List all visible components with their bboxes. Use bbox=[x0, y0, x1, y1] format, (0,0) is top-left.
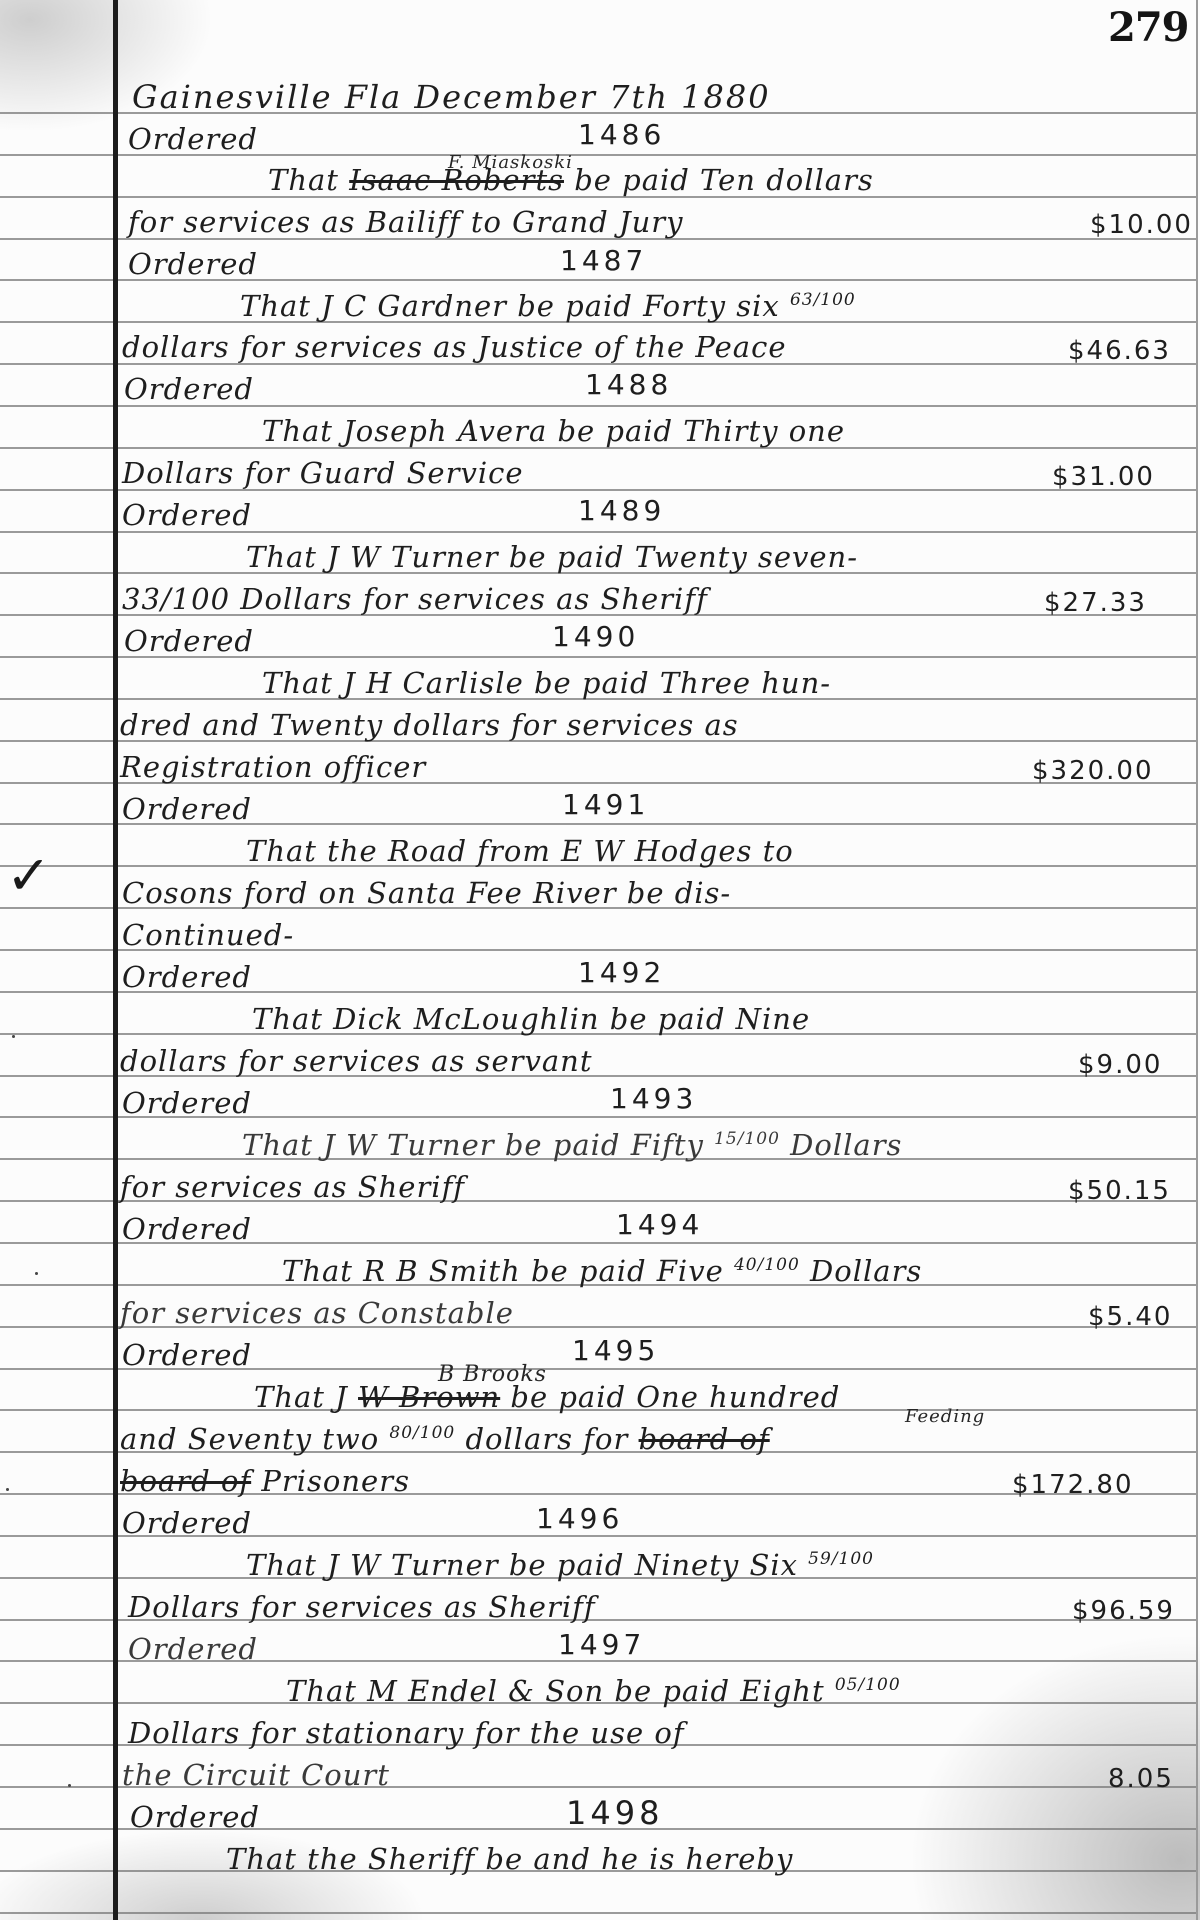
entry-text-line: That R B Smith be paid Five 40/100 Dolla… bbox=[282, 1254, 922, 1288]
entry-text-line: board of Prisoners bbox=[120, 1464, 410, 1498]
ink-speck bbox=[35, 1272, 38, 1275]
entry-text-line: That the Sheriff be and he is hereby bbox=[226, 1842, 793, 1876]
page-number: 279 bbox=[1108, 4, 1189, 51]
entry-amount: $96.59 bbox=[1072, 1594, 1175, 1628]
entry-text-line: That Dick McLoughlin be paid Nine bbox=[252, 1002, 810, 1036]
struck-text: board of bbox=[639, 1422, 770, 1456]
entry-amount: $9.00 bbox=[1078, 1048, 1162, 1082]
entry-number: 1492 bbox=[578, 956, 665, 990]
entry-number: 1491 bbox=[562, 788, 649, 822]
entry-amount: $46.63 bbox=[1068, 334, 1171, 368]
entry-text-line: That M Endel & Son be paid Eight 05/100 bbox=[286, 1674, 901, 1708]
ledger-page: 279 ✓ Gainesville Fla December 7th 1880 … bbox=[0, 0, 1200, 1920]
entry-text-line: dollars for services as servant bbox=[120, 1044, 592, 1078]
entry-text-line: for services as Sheriff bbox=[120, 1170, 465, 1204]
entry-text-line: Dollars for Guard Service bbox=[122, 456, 524, 490]
entry-text-line: Dollars for stationary for the use of bbox=[128, 1716, 685, 1750]
entry-number: 1493 bbox=[610, 1082, 697, 1116]
entry-number: 1495 bbox=[572, 1334, 659, 1368]
entry-label: Ordered bbox=[130, 1800, 260, 1834]
entry-text-line: the Circuit Court bbox=[122, 1758, 390, 1792]
entry-amount: $50.15 bbox=[1068, 1174, 1171, 1208]
entry-label: Ordered bbox=[128, 122, 258, 156]
struck-text: board of bbox=[120, 1464, 251, 1498]
entry-number: 1494 bbox=[616, 1208, 703, 1242]
interlined-correction: Feeding bbox=[905, 1400, 985, 1434]
entry-label: Ordered bbox=[122, 1212, 252, 1246]
entry-label: Ordered bbox=[122, 1338, 252, 1372]
entry-text-line: That J W Turner be paid Ninety Six 59/10… bbox=[246, 1548, 874, 1582]
entry-number: 1496 bbox=[536, 1502, 623, 1536]
entry-text-line: That J W Brown be paid One hundred bbox=[254, 1380, 840, 1414]
right-page-edge bbox=[1196, 0, 1198, 1920]
left-margin-rule bbox=[113, 0, 118, 1920]
entry-number: 1488 bbox=[585, 368, 672, 402]
entry-text-line: Registration officer bbox=[120, 750, 426, 784]
entry-amount: $10.00 bbox=[1090, 208, 1193, 242]
entry-amount: $5.40 bbox=[1088, 1300, 1172, 1334]
entry-number: 1487 bbox=[560, 244, 647, 278]
ink-speck bbox=[6, 1488, 9, 1491]
date-heading: Gainesville Fla December 7th 1880 bbox=[132, 80, 771, 114]
entry-text-line: That J H Carlisle be paid Three hun- bbox=[262, 666, 831, 700]
entry-text-line: That Isaac Roberts be paid Ten dollars bbox=[268, 163, 874, 197]
entry-number: 1486 bbox=[578, 118, 665, 152]
entry-label: Ordered bbox=[124, 372, 254, 406]
entry-amount: 8.05 bbox=[1108, 1762, 1174, 1796]
entry-label: Ordered bbox=[122, 792, 252, 826]
ruled-line bbox=[0, 1912, 1196, 1914]
entry-label: Ordered bbox=[122, 960, 252, 994]
entry-amount: $320.00 bbox=[1032, 754, 1154, 788]
entry-label: Ordered bbox=[124, 624, 254, 658]
entry-text-line: and Seventy two 80/100 dollars for board… bbox=[120, 1422, 770, 1456]
entry-text-line: for services as Constable bbox=[120, 1296, 514, 1330]
entry-text-line: Continued- bbox=[122, 918, 294, 952]
entry-label: Ordered bbox=[128, 1632, 258, 1666]
entry-text-line: 33/100 Dollars for services as Sheriff bbox=[122, 582, 708, 616]
entry-label: Ordered bbox=[122, 1086, 252, 1120]
entry-number: 1498 bbox=[566, 1796, 663, 1830]
entry-text-line: dollars for services as Justice of the P… bbox=[122, 330, 786, 364]
entry-amount: $172.80 bbox=[1012, 1468, 1134, 1502]
entry-label: Ordered bbox=[122, 1506, 252, 1540]
ink-speck bbox=[68, 1784, 71, 1787]
entry-number: 1497 bbox=[558, 1628, 645, 1662]
entry-text-line: That J W Turner be paid Twenty seven- bbox=[246, 540, 858, 574]
entry-amount: $31.00 bbox=[1052, 460, 1155, 494]
entry-text-line: That the Road from E W Hodges to bbox=[246, 834, 794, 868]
entry-label: Ordered bbox=[128, 247, 258, 281]
entry-text-line: That Joseph Avera be paid Thirty one bbox=[262, 414, 845, 448]
ink-speck bbox=[12, 1035, 15, 1038]
entry-text-line: That J W Turner be paid Fifty 15/100 Dol… bbox=[242, 1128, 902, 1162]
entry-text-line: for services as Bailiff to Grand Jury bbox=[128, 205, 684, 239]
entry-text-line: Cosons ford on Santa Fee River be dis- bbox=[122, 876, 731, 910]
struck-text: Isaac Roberts bbox=[349, 163, 564, 197]
entry-number: 1489 bbox=[578, 494, 665, 528]
entry-text-line: Dollars for services as Sheriff bbox=[128, 1590, 596, 1624]
struck-text: W Brown bbox=[358, 1380, 500, 1414]
entry-text-line: dred and Twenty dollars for services as bbox=[120, 708, 739, 742]
entry-number: 1490 bbox=[552, 620, 639, 654]
checkmark-icon: ✓ bbox=[6, 846, 51, 906]
entry-text-line: That J C Gardner be paid Forty six 63/10… bbox=[240, 289, 856, 323]
entry-amount: $27.33 bbox=[1044, 586, 1147, 620]
entry-label: Ordered bbox=[122, 498, 252, 532]
